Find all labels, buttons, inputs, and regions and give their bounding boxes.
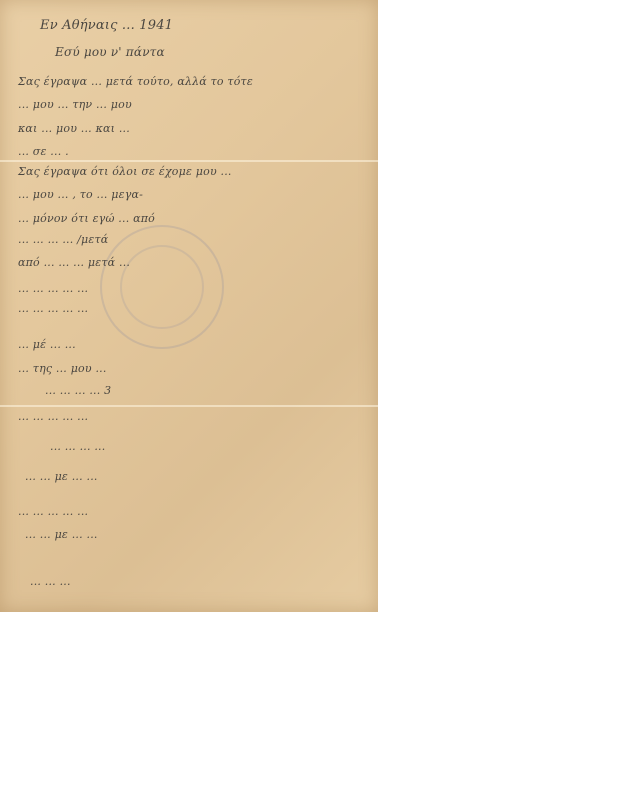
letter-line: ... ... με ... ...: [25, 528, 98, 541]
letter-line: και ... μου ... και ...: [18, 122, 130, 135]
paper-fold: [0, 160, 378, 162]
letter-line: ... ... ... ... /μετά: [18, 233, 108, 246]
letter-line: Σας έγραψα ... μετά τούτο, αλλά το τότε: [18, 75, 253, 88]
letter-line: ... ... ... ... ...: [18, 282, 88, 295]
letter-salutation: Εσύ μου ν' πάντα: [55, 45, 165, 59]
letter-page: Εν Αθήναις ... 1941 Εσύ μου ν' πάντα Σας…: [0, 0, 378, 612]
letter-line: ... ... ... ...: [50, 440, 105, 453]
letter-line: ... της ... μου ...: [18, 362, 107, 375]
letter-line: ... μόνον ότι εγώ ... από: [18, 212, 155, 225]
letter-line: ... μου ... , το ... μεγα-: [18, 188, 143, 201]
letter-line: ... ... με ... ...: [25, 470, 98, 483]
letter-line: ... ... ... ... 3: [45, 384, 111, 397]
letter-line: ... σε ... .: [18, 145, 69, 158]
paper-fold: [0, 405, 378, 407]
letter-line: ... μου ... την ... μου: [18, 98, 132, 111]
letter-line: ... ... ... ... ...: [18, 302, 88, 315]
letter-line: Σας έγραψα ότι όλοι σε έχομε μου ...: [18, 165, 232, 178]
letter-line: από ... ... ... μετά ...: [18, 256, 130, 269]
ink-stamp-inner: [120, 245, 204, 329]
letter-line: ... μέ ... ...: [18, 338, 76, 351]
letter-line: ... ... ... ... ...: [18, 505, 88, 518]
letter-line: ... ... ... ... ...: [18, 410, 88, 423]
letter-date-line: Εν Αθήναις ... 1941: [40, 18, 173, 33]
letter-line: ... ... ...: [30, 575, 71, 588]
